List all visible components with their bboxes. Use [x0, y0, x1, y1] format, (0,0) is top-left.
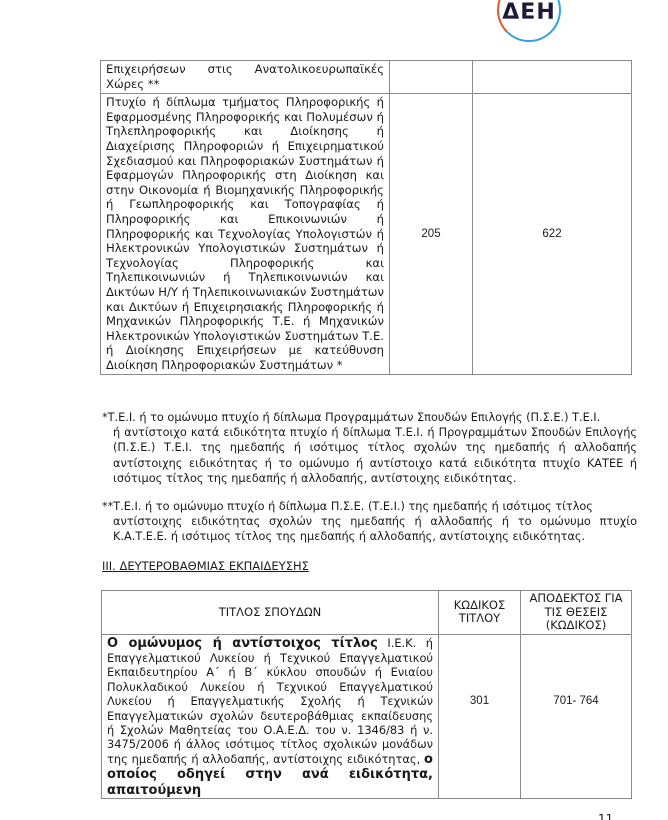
degree-title-cell: Πτυχίο ή δίπλωμα τμήματος Πληροφορικής ή…	[101, 94, 390, 375]
table-row: Πτυχίο ή δίπλωμα τμήματος Πληροφορικής ή…	[101, 94, 632, 375]
table-row: Επιχειρήσεων στις Ανατολικοευρωπαϊκές Χώ…	[101, 61, 632, 94]
code-cell: 205	[390, 94, 473, 375]
degree-title-cell: Ο ομώνυμος ή αντίστοιχος τίτλος Ι.Ε.Κ. ή…	[102, 634, 439, 798]
table-header-row: ΤΙΤΛΟΣ ΣΠΟΥΔΩΝ ΚΩΔΙΚΟΣ ΤΙΤΛΟΥ ΑΠΟΔΕΚΤΟΣ …	[102, 591, 632, 635]
footnote-continuation: ή αντίστοιχο κατά ειδικότητα πτυχίο ή δί…	[102, 425, 637, 486]
accepted-cell	[473, 61, 632, 94]
degrees-table: Επιχειρήσεων στις Ανατολικοευρωπαϊκές Χώ…	[100, 60, 632, 375]
header-code: ΚΩΔΙΚΟΣ ΤΙΤΛΟΥ	[439, 591, 521, 635]
header-accepted: ΑΠΟΔΕΚΤΟΣ ΓΙΑ ΤΙΣ ΘΕΣΕΙΣ (ΚΩΔΙΚΟΣ)	[521, 591, 632, 635]
header-title: ΤΙΤΛΟΣ ΣΠΟΥΔΩΝ	[102, 591, 439, 635]
footnote-double-asterisk: **Τ.Ε.Ι. ή το ομώνυμο πτυχίο ή δίπλωμα Π…	[102, 499, 637, 545]
footnote-first-line: *Τ.Ε.Ι. ή το ομώνυμο πτυχίο ή δίπλωμα Πρ…	[102, 411, 600, 424]
degree-title-cell: Επιχειρήσεων στις Ανατολικοευρωπαϊκές Χώ…	[101, 61, 390, 94]
dei-logo: ΔΕΗ	[497, 0, 561, 42]
page-number: 11	[598, 812, 613, 820]
secondary-education-table: ΤΙΤΛΟΣ ΣΠΟΥΔΩΝ ΚΩΔΙΚΟΣ ΤΙΤΛΟΥ ΑΠΟΔΕΚΤΟΣ …	[101, 590, 632, 799]
table-row: Ο ομώνυμος ή αντίστοιχος τίτλος Ι.Ε.Κ. ή…	[102, 634, 632, 798]
code-cell	[390, 61, 473, 94]
section-heading: ΙΙΙ. ΔΕΥΤΕΡΟΒΑΘΜΙΑΣ ΕΚΠΑΙΔΕΥΣΗΣ	[102, 559, 309, 573]
footnote-first-line: **Τ.Ε.Ι. ή το ομώνυμο πτυχίο ή δίπλωμα Π…	[102, 500, 593, 513]
footnote-single-asterisk: *Τ.Ε.Ι. ή το ομώνυμο πτυχίο ή δίπλωμα Πρ…	[102, 410, 637, 486]
code-cell: 301	[439, 634, 521, 798]
title-lead: Ο ομώνυμος ή αντίστοιχος τίτλος	[107, 636, 378, 651]
footnote-continuation: αντίστοιχης ειδικότητας σχολών της ημεδα…	[102, 514, 637, 544]
logo-text: ΔΕΗ	[499, 0, 559, 25]
title-body: Ι.Ε.Κ. ή Επαγγελματικού Λυκείου ή Τεχνικ…	[107, 636, 433, 766]
accepted-cell: 701- 764	[521, 634, 632, 798]
accepted-cell: 622	[473, 94, 632, 375]
